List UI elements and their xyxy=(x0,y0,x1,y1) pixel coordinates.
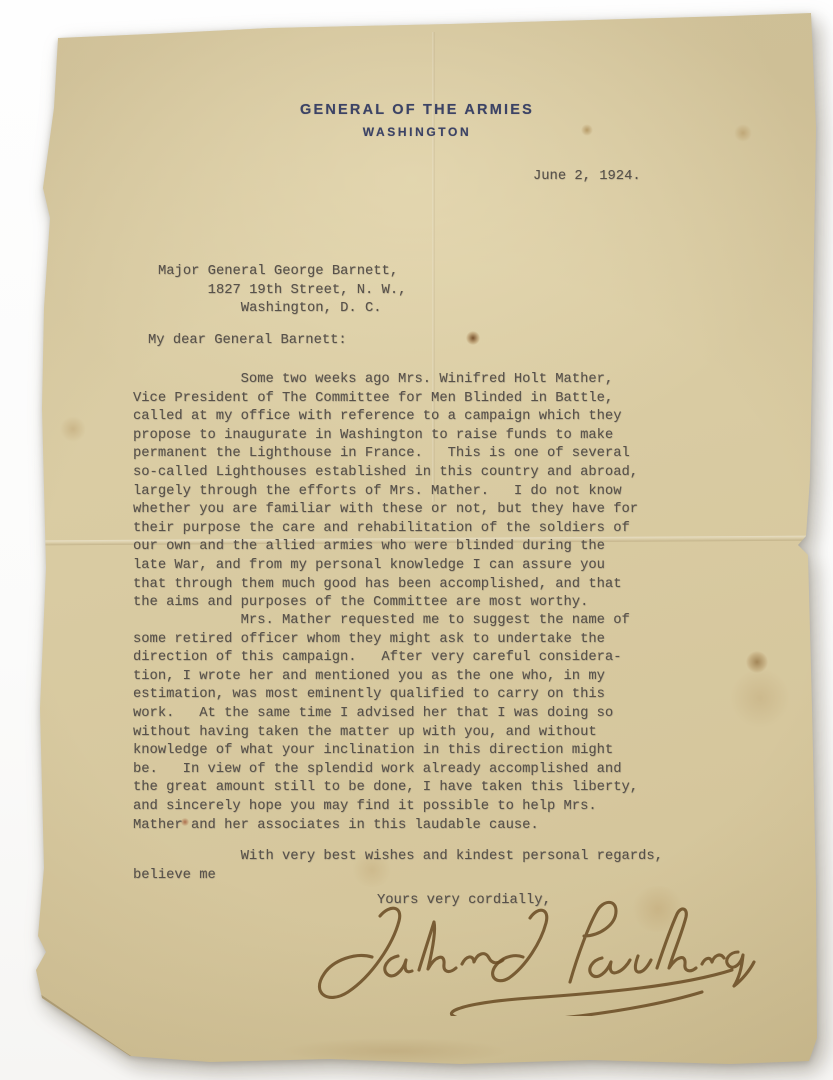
recipient-address: Major General George Barnett, 1827 19th … xyxy=(158,263,406,319)
foxing-spot xyxy=(730,668,790,728)
letter-paper: GENERAL OF THE ARMIES WASHINGTON June 2,… xyxy=(30,8,825,1076)
foxing-spot xyxy=(734,124,752,142)
letterhead-title: GENERAL OF THE ARMIES xyxy=(267,102,567,118)
salutation: My dear General Barnett: xyxy=(148,332,347,351)
signature-ink-strokes xyxy=(302,894,757,1016)
body-paragraph-2: Mrs. Mather requested me to suggest the … xyxy=(133,612,638,835)
letter-date: June 2, 1924. xyxy=(533,168,641,187)
foxing-spot xyxy=(466,331,480,345)
bottom-edge-stain xyxy=(280,1038,510,1064)
body-paragraph-3: With very best wishes and kindest person… xyxy=(133,848,663,885)
body-paragraph-1: Some two weeks ago Mrs. Winifred Holt Ma… xyxy=(133,371,638,613)
letterhead-city: WASHINGTON xyxy=(267,125,567,139)
pershing-signature xyxy=(302,894,757,1016)
foxing-spot xyxy=(581,124,593,136)
foxing-spot xyxy=(746,651,768,673)
paper-shadow-wrapper: GENERAL OF THE ARMIES WASHINGTON June 2,… xyxy=(0,0,833,1080)
scanned-letter-scene: GENERAL OF THE ARMIES WASHINGTON June 2,… xyxy=(0,0,833,1080)
foxing-spot xyxy=(60,416,86,442)
